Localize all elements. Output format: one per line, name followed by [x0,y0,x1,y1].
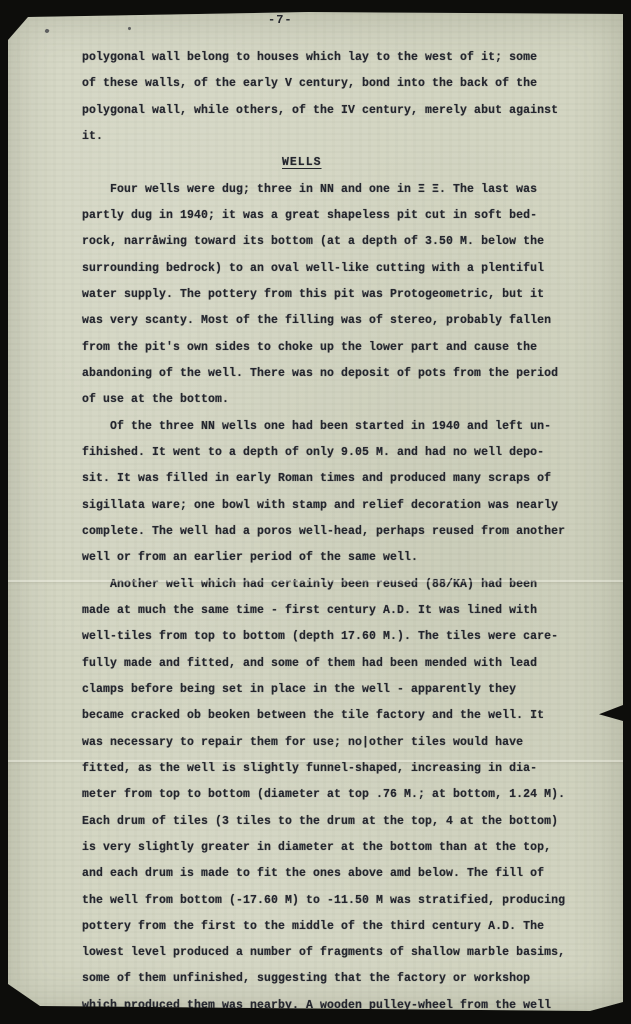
text-line: pottery from the first to the middle of … [82,914,622,940]
text-line: partly dug in 1940; it was a great shape… [82,203,622,229]
text-line: Four wells were dug; three in NN and one… [82,177,622,203]
text-line: polygonal wall, while others, of the IV … [82,98,622,124]
ink-speck [128,27,132,31]
text-line: lowest level produced a number of fragme… [82,940,622,966]
text-line: made at much the same time - first centu… [82,598,622,624]
text-line: it. [82,124,622,150]
text-line: rock, narråwing toward its bottom (at a … [82,229,622,255]
text-line: from the pit's own sides to choke up the… [82,335,622,361]
text-line: some of them unfinished, suggesting that… [82,966,622,992]
text-line: sigillata ware; one bowl with stamp and … [82,493,622,519]
text-line: Each drum of tiles (3 tiles to the drum … [82,809,622,835]
text-line: polygonal wall belong to houses which la… [82,45,622,71]
text-line: was necessary to repair them for use; no… [82,730,622,756]
text-line: meter from top to bottom (diameter at to… [82,782,622,808]
text-line: became cracked ob beoken between the til… [82,703,622,729]
document-page: -7- polygonal wall belong to houses whic… [8,12,623,1011]
page-number: -7- [268,13,293,27]
text-line: water supply. The pottery from this pit … [82,282,622,308]
ink-speck [44,28,49,33]
text-line: fitted, as the well is slightly funnel-s… [82,756,622,782]
text-line: well-tiles from top to bottom (depth 17.… [82,624,622,650]
text-line: complete. The well had a poros well-head… [82,519,622,545]
text-line: fully made and fitted, and some of them … [82,651,622,677]
section-heading: WELLS [282,150,622,176]
text-line: Another well which had certainly been re… [82,572,622,598]
text-line: and each drum is made to fit the ones ab… [82,861,622,887]
text-line: abandoning of the well. There was no dep… [82,361,622,387]
text-line: was very scanty. Most of the filling was… [82,308,622,334]
text-block: polygonal wall belong to houses which la… [82,45,622,1019]
text-line: is very slightly greater in diameter at … [82,835,622,861]
text-line: surrounding bedrock) to an oval well-lik… [82,256,622,282]
text-line: the well from bottom (-17.60 M) to -11.5… [82,888,622,914]
text-line: sit. It was filled in early Roman times … [82,466,622,492]
text-line: of these walls, of the early V century, … [82,71,622,97]
scanned-document-background: -7- polygonal wall belong to houses whic… [0,0,631,1024]
text-line: Of the three NN wells one had been start… [82,414,622,440]
text-line: which produced them was nearby. A wooden… [82,993,622,1019]
text-line: clamps before being set in place in the … [82,677,622,703]
text-line: well or from an earlier period of the sa… [82,545,622,571]
text-line: of use at the bottom. [82,387,622,413]
text-line: fihished. It went to a depth of only 9.0… [82,440,622,466]
